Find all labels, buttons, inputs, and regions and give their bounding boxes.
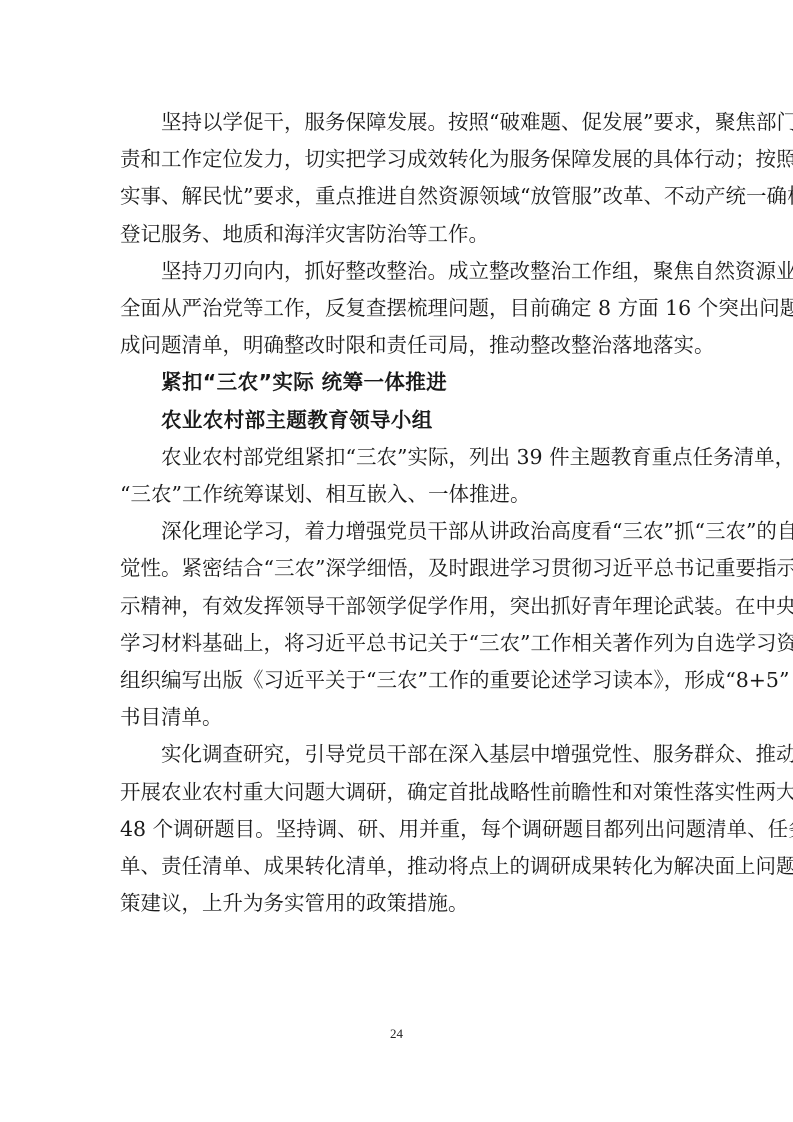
text-line: 单、责任清单、成果转化清单，推动将点上的调研成果转化为解决面上问题的对	[120, 848, 673, 885]
section-author: 农业农村部主题教育领导小组	[120, 402, 673, 439]
text-line: 觉性。紧密结合“三农”深学细悟，及时跟进学习贯彻习近平总书记重要指示批	[120, 550, 673, 587]
paragraph-study-to-work: 坚持以学促干，服务保障发展。按照“破难题、促发展”要求，聚焦部门职 责和工作定位…	[120, 104, 673, 253]
section-heading: 紧扣“三农”实际 统筹一体推进	[120, 364, 673, 401]
paragraph-research: 实化调查研究，引导党员干部在深入基层中增强党性、服务群众、推动工作。 开展农业农…	[120, 736, 673, 922]
text-line: 成问题清单，明确整改时限和责任司局，推动整改整治落地落实。	[120, 327, 673, 364]
text-line: 登记服务、地质和海洋灾害防治等工作。	[120, 216, 673, 253]
text-line: 开展农业农村重大问题大调研，确定首批战略性前瞻性和对策性落实性两大类共	[120, 774, 673, 811]
text-line: 深化理论学习，着力增强党员干部从讲政治高度看“三农”抓“三农”的自	[120, 513, 673, 550]
text-line: 坚持以学促干，服务保障发展。按照“破难题、促发展”要求，聚焦部门职	[120, 104, 673, 141]
text-line: 学习材料基础上，将习近平总书记关于“三农”工作相关著作列为自选学习资料，	[120, 625, 673, 662]
text-line: 策建议，上升为务实管用的政策措施。	[120, 885, 673, 922]
text-line: 农业农村部党组紧扣“三农”实际，列出 39 件主题教育重点任务清单，与	[120, 439, 673, 476]
text-line: 坚持刀刃向内，抓好整改整治。成立整改整治工作组，聚焦自然资源业务、	[120, 253, 673, 290]
text-line: 组织编写出版《习近平关于“三农”工作的重要论述学习读本》，形成“8+5”	[120, 662, 673, 699]
text-line: “三农”工作统筹谋划、相互嵌入、一体推进。	[120, 476, 673, 513]
text-line: 书目清单。	[120, 699, 673, 736]
paragraph-theory-study: 深化理论学习，着力增强党员干部从讲政治高度看“三农”抓“三农”的自 觉性。紧密结…	[120, 513, 673, 736]
document-page: 坚持以学促干，服务保障发展。按照“破难题、促发展”要求，聚焦部门职 责和工作定位…	[120, 104, 673, 922]
text-line: 责和工作定位发力，切实把学习成效转化为服务保障发展的具体行动；按照“办	[120, 141, 673, 178]
page-number: 24	[0, 1026, 793, 1042]
text-line: 实事、解民忧”要求，重点推进自然资源领域“放管服”改革、不动产统一确权	[120, 178, 673, 215]
text-line: 48 个调研题目。坚持调、研、用并重，每个调研题目都列出问题清单、任务清	[120, 811, 673, 848]
text-line: 全面从严治党等工作，反复查摆梳理问题，目前确定 8 方面 16 个突出问题，形	[120, 290, 673, 327]
text-line: 示精神，有效发挥领导干部领学促学作用，突出抓好青年理论武装。在中央指定	[120, 588, 673, 625]
paragraph-rectification: 坚持刀刃向内，抓好整改整治。成立整改整治工作组，聚焦自然资源业务、 全面从严治党…	[120, 253, 673, 365]
paragraph-intro: 农业农村部党组紧扣“三农”实际，列出 39 件主题教育重点任务清单，与 “三农”…	[120, 439, 673, 513]
text-line: 实化调查研究，引导党员干部在深入基层中增强党性、服务群众、推动工作。	[120, 736, 673, 773]
